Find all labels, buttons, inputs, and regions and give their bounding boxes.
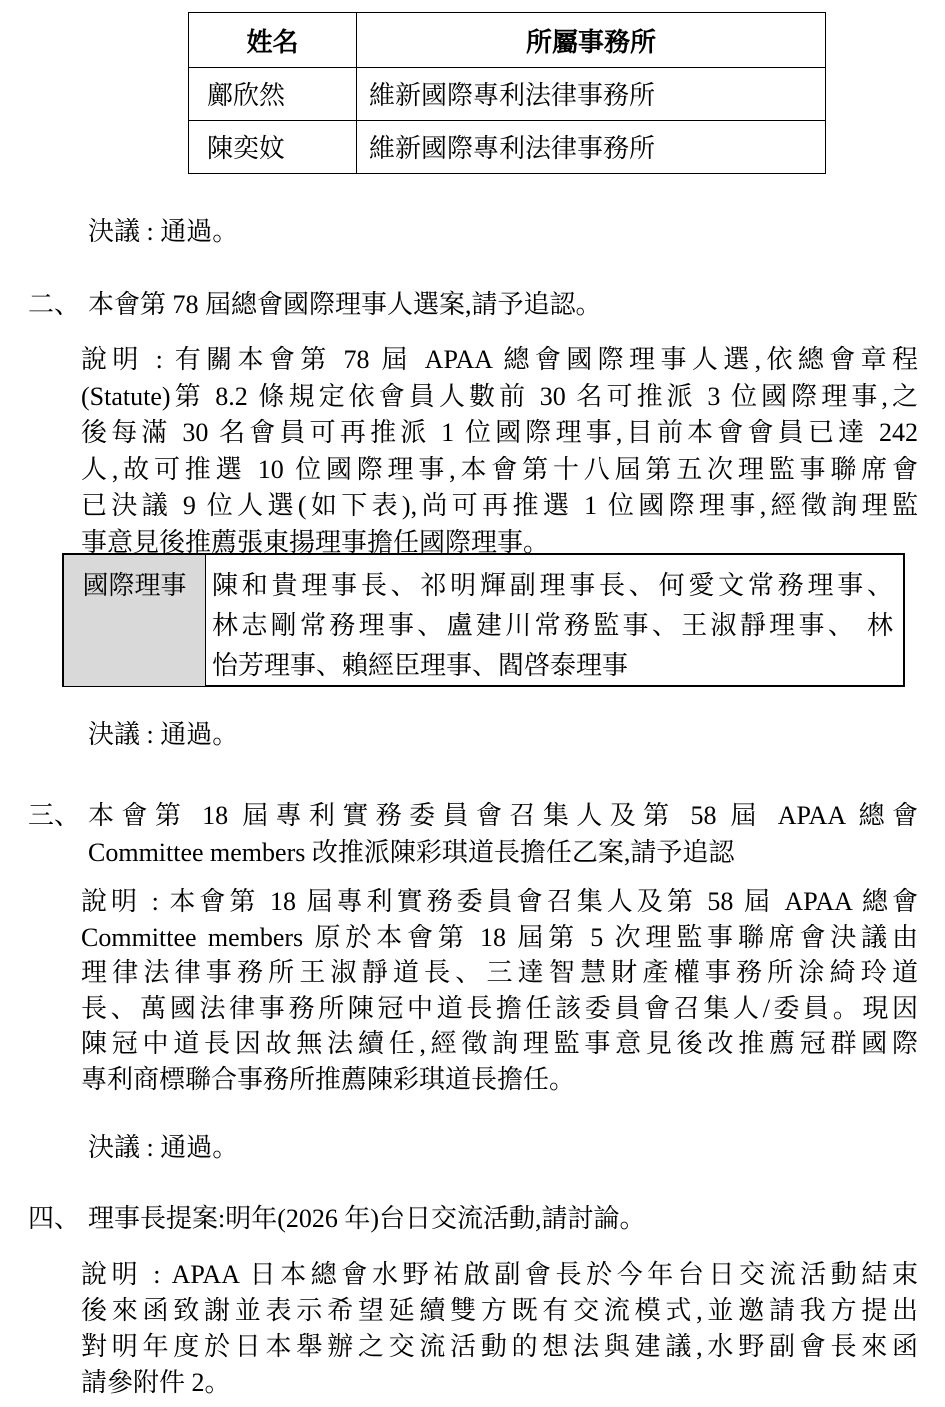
roster-row: 陳奕妏 維新國際專利法律事務所 — [189, 121, 826, 174]
section-title: 本會第 78 屆總會國際理事人選案,請予追認。 — [88, 286, 918, 323]
text-line: 陳冠中道長因故無法續任,經徵詢理監事意見後改推薦冠群國際 — [81, 1026, 918, 1062]
section-heading: 四、 理事長提案:明年(2026 年)台日交流活動,請討論。 — [28, 1200, 918, 1237]
section-number: 四、 — [28, 1200, 80, 1237]
text-line: Committee members 改推派陳彩琪道長擔任乙案,請予追認 — [88, 834, 918, 871]
cell-member-firm: 維新國際專利法律事務所 — [357, 68, 826, 121]
international-directors-table: 國際理事 陳和貴理事長、祁明輝副理事長、何愛文常務理事、林志剛常務理事、盧建川常… — [62, 553, 905, 687]
text-line: 後每滿 30 名會員可再推派 1 位國際理事,目前本會會員已達 242 — [81, 415, 918, 452]
text-line: 人,故可推選 10 位國際理事,本會第十八屆第五次理監事聯席會 — [81, 452, 918, 489]
roster-row: 鄺欣然 維新國際專利法律事務所 — [189, 68, 826, 121]
text-line: 陳和貴理事長、祁明輝副理事長、何愛文常務理事、 — [212, 566, 893, 606]
text-line: 本會第 18 屆專利實務委員會召集人及第 58 屆 APAA 總會 — [88, 797, 918, 834]
text-line: 林志剛常務理事、盧建川常務監事、王淑靜理事、 林 — [212, 606, 893, 646]
explanation-paragraph: 說明 : 有關本會第 78 屆 APAA 總會國際理事人選,依總會章程(Stat… — [81, 342, 918, 562]
section-title: 本會第 18 屆專利實務委員會召集人及第 58 屆 APAA 總會Committ… — [88, 797, 918, 871]
cell-member-name: 鄺欣然 — [189, 68, 357, 121]
text-line: 說明 : 本會第 18 屆專利實務委員會召集人及第 58 屆 APAA 總會 — [81, 884, 918, 920]
decision-note: 決議 : 通過。 — [88, 717, 238, 753]
section-number: 二、 — [28, 286, 80, 323]
text-line: 說明 : APAA 日本總會水野祐啟副會長於今年台日交流活動結束 — [81, 1257, 918, 1293]
directors-label-cell: 國際理事 — [64, 555, 206, 686]
directors-list-cell: 陳和貴理事長、祁明輝副理事長、何愛文常務理事、林志剛常務理事、盧建川常務監事、王… — [206, 555, 903, 686]
text-line: Committee members 原於本會第 18 屆第 5 次理監事聯席會決… — [81, 920, 918, 956]
explanation-paragraph: 說明 : 本會第 18 屆專利實務委員會召集人及第 58 屆 APAA 總會Co… — [81, 884, 918, 1097]
section-heading: 三、 本會第 18 屆專利實務委員會召集人及第 58 屆 APAA 總會Comm… — [28, 797, 918, 871]
text-line: 已決議 9 位人選(如下表),尚可再推選 1 位國際理事,經徵詢理監 — [81, 488, 918, 525]
text-line: 理律法律事務所王淑靜道長、三達智慧財產權事務所涂綺玲道 — [81, 955, 918, 991]
text-line: 長、萬國法律事務所陳冠中道長擔任該委員會召集人/委員。現因 — [81, 991, 918, 1027]
text-line: 專利商標聯合事務所推薦陳彩琪道長擔任。 — [81, 1062, 918, 1098]
section-number: 三、 — [28, 797, 80, 834]
text-line: 請參附件 2。 — [81, 1365, 918, 1401]
explanation-paragraph: 說明 : APAA 日本總會水野祐啟副會長於今年台日交流活動結束後來函致謝並表示… — [81, 1257, 918, 1401]
text-line: 對明年度於日本舉辦之交流活動的想法與建議,水野副會長來函 — [81, 1329, 918, 1365]
section-heading: 二、 本會第 78 屆總會國際理事人選案,請予追認。 — [28, 286, 918, 323]
cell-member-firm: 維新國際專利法律事務所 — [357, 121, 826, 174]
decision-note: 決議 : 通過。 — [88, 1130, 238, 1166]
roster-table: 姓名 所屬事務所 鄺欣然 維新國際專利法律事務所 陳奕妏 維新國際專利法律事務所 — [188, 12, 826, 174]
text-line: (Statute)第 8.2 條規定依會員人數前 30 名可推派 3 位國際理事… — [81, 379, 918, 416]
document-page: 姓名 所屬事務所 鄺欣然 維新國際專利法律事務所 陳奕妏 維新國際專利法律事務所… — [0, 0, 945, 1407]
decision-note: 決議 : 通過。 — [88, 214, 238, 250]
header-cell-name: 姓名 — [189, 13, 357, 68]
text-line: 說明 : 有關本會第 78 屆 APAA 總會國際理事人選,依總會章程 — [81, 342, 918, 379]
header-cell-firm: 所屬事務所 — [357, 13, 826, 68]
cell-member-name: 陳奕妏 — [189, 121, 357, 174]
roster-header-row: 姓名 所屬事務所 — [189, 13, 826, 68]
text-line: 後來函致謝並表示希望延續雙方既有交流模式,並邀請我方提出 — [81, 1293, 918, 1329]
section-title: 理事長提案:明年(2026 年)台日交流活動,請討論。 — [88, 1200, 918, 1237]
text-line: 怡芳理事、賴經臣理事、閻啓泰理事 — [212, 646, 893, 686]
